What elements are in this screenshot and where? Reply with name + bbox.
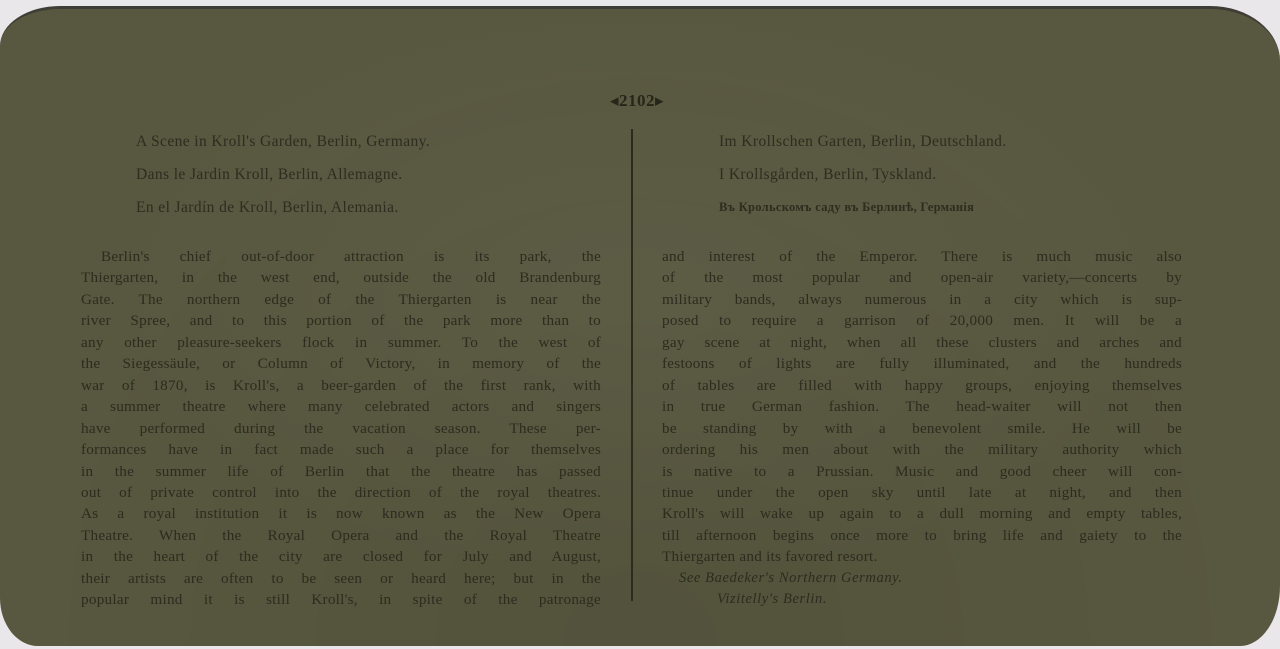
title-spanish: En el Jardín de Kroll, Berlin, Alemania. [136, 191, 430, 224]
stereoview-card-back: ◂2102▸ A Scene in Kroll's Garden, Berlin… [0, 6, 1280, 646]
text-line: have performed during the vacation seaso… [81, 418, 601, 439]
text-line: military bands, always numerous in a cit… [662, 289, 1182, 310]
text-line: formances have in fact made such a place… [81, 439, 601, 460]
text-line: popular mind it is still Kroll's, in spi… [81, 589, 601, 610]
titles-right: Im Krollschen Garten, Berlin, Deutschlan… [719, 125, 1007, 224]
text-line: gay scene at night, when all these clust… [662, 332, 1182, 353]
text-line: Thiergarten and its favored resort. [662, 546, 1182, 567]
text-line: festoons of lights are fully illuminated… [662, 353, 1182, 374]
text-line: the Siegessäule, or Column of Victory, i… [81, 353, 601, 374]
text-line: tinue under the open sky until late at n… [662, 482, 1182, 503]
text-line: Thiergarten, in the west end, outside th… [81, 267, 601, 288]
card-number: ◂2102▸ [592, 91, 682, 111]
text-line: As a royal institution it is now known a… [81, 503, 601, 524]
text-line: of the most popular and open-air variety… [662, 267, 1182, 288]
text-line: posed to require a garrison of 20,000 me… [662, 310, 1182, 331]
text-line: war of 1870, is Kroll's, a beer-garden o… [81, 375, 601, 396]
reference-baedeker: See Baedeker's Northern Germany. [662, 568, 1182, 590]
references: See Baedeker's Northern Germany. Vizitel… [662, 568, 1182, 611]
text-line: a summer theatre where many celebrated a… [81, 396, 601, 417]
title-english: A Scene in Kroll's Garden, Berlin, Germa… [136, 125, 430, 158]
body-text-right-column: and interest of the Emperor. There is mu… [662, 246, 1182, 611]
text-line: Berlin's chief out-of-door attraction is… [81, 246, 601, 267]
title-swedish: I Krollsgården, Berlin, Tyskland. [719, 158, 1007, 191]
text-line: in the summer life of Berlin that the th… [81, 461, 601, 482]
text-line: Gate. The northern edge of the Thiergart… [81, 289, 601, 310]
text-line: is native to a Prussian. Music and good … [662, 461, 1182, 482]
text-line: and interest of the Emperor. There is mu… [662, 246, 1182, 267]
text-line: of tables are filled with happy groups, … [662, 375, 1182, 396]
title-french: Dans le Jardin Kroll, Berlin, Allemagne. [136, 158, 430, 191]
title-german: Im Krollschen Garten, Berlin, Deutschlan… [719, 125, 1007, 158]
text-line: till afternoon begins once more to bring… [662, 525, 1182, 546]
text-line: in true German fashion. The head-waiter … [662, 396, 1182, 417]
reference-vizitelly: Vizitelly's Berlin. [662, 589, 1182, 611]
text-line: out of private control into the directio… [81, 482, 601, 503]
text-line: Kroll's will wake up again to a dull mor… [662, 503, 1182, 524]
text-line: their artists are often to be seen or he… [81, 568, 601, 589]
text-line: ordering his men about with the military… [662, 439, 1182, 460]
column-divider [631, 129, 633, 601]
text-line: river Spree, and to this portion of the … [81, 310, 601, 331]
body-text-left-column: Berlin's chief out-of-door attraction is… [81, 246, 601, 611]
text-line: be standing by with a benevolent smile. … [662, 418, 1182, 439]
titles-left: A Scene in Kroll's Garden, Berlin, Germa… [136, 125, 430, 224]
text-line: Theatre. When the Royal Opera and the Ro… [81, 525, 601, 546]
text-line: any other pleasure-seekers flock in summ… [81, 332, 601, 353]
text-line: in the heart of the city are closed for … [81, 546, 601, 567]
title-russian: Въ Крольскомъ саду въ Берлинѣ, Германія [719, 191, 1007, 224]
